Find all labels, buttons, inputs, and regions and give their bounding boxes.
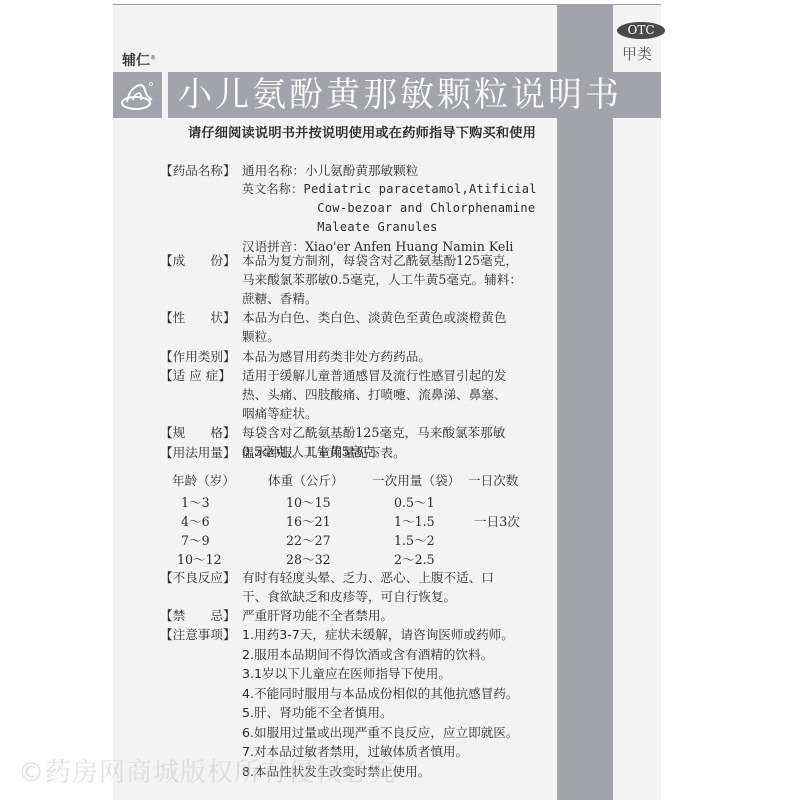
vertical-gray-band	[557, 4, 613, 800]
text-line: 蔗糖、香精。	[242, 289, 522, 308]
otc-class-label: 甲类	[622, 43, 652, 64]
section-label: 【不良反应】	[160, 568, 236, 587]
section-label: 【用法用量】	[160, 443, 236, 462]
brand-text: 辅仁	[122, 53, 150, 69]
header-age: 年龄（岁）	[172, 470, 235, 492]
text-line: 本品为感冒用药类非处方药药品。	[242, 347, 431, 366]
section-label: 【注意事项】	[160, 625, 236, 644]
generic-name: 通用名称：小儿氨酚黄那敏颗粒	[242, 161, 537, 180]
text-line: 马来酸氯苯那敏0.5毫克，人工牛黄5毫克。辅料：	[242, 270, 522, 289]
text-line: 严重肝肾功能不全者禁用。	[242, 606, 393, 625]
otc-badge: OTC	[617, 22, 665, 39]
section-label: 【性 状】	[160, 308, 236, 327]
precaution-item: 1.用药3-7天，症状未缓解，请咨询医师或药师。	[242, 625, 519, 645]
section-label: 【规 格】	[160, 423, 236, 442]
text-line: 热、头痛、四肢酸痛、打喷嚏、流鼻涕、鼻塞、	[242, 385, 506, 404]
document-title: 小儿氨酚黄那敏颗粒说明书	[178, 74, 622, 116]
cell-frequency: 一日3次	[474, 511, 520, 533]
text-line: 本品为白色、类白色、淡黄色至黄色或淡橙黄色	[242, 308, 506, 327]
section-label: 【适 应 症】	[160, 366, 231, 385]
text-line: 颗粒。	[242, 327, 506, 346]
brand-name: 辅仁®	[122, 50, 156, 70]
header-frequency: 一日次数	[468, 470, 518, 492]
text-line: 每袋含对乙酰氨基酚125毫克，马来酸氯苯那敏	[242, 423, 505, 442]
header-dose: 一次用量（袋）	[372, 470, 460, 492]
precaution-item: 5.肝、肾功能不全者慎用。	[242, 703, 519, 723]
precaution-item: 2.服用本品期间不得饮酒或含有酒精的饮料。	[242, 645, 519, 665]
precaution-item: 6.如服用过量或出现严重不良反应，应立即就医。	[242, 723, 519, 743]
copyright-watermark: ©药房网商城版权所有侵权必究	[18, 752, 396, 789]
registered-mark: ®	[150, 54, 156, 61]
text-line: 咽痛等症状。	[242, 404, 506, 423]
section-label: 【药品名称】	[160, 161, 236, 180]
english-name-1: 英文名称：Pediatric paracetamol,Atificial	[242, 180, 537, 199]
section-label: 【成 份】	[160, 251, 236, 270]
english-name-2: Cow-bezoar and Chlorphenamine	[242, 199, 537, 218]
text-line: 干、食欲缺乏和皮疹等，可自行恢复。	[242, 587, 494, 606]
text-line: 本品为复方制剂，每袋含对乙酰氨基酚125毫克，	[242, 251, 522, 270]
mother-child-logo-icon	[119, 78, 156, 112]
section-label: 【禁 忌】	[160, 606, 236, 625]
usage-notice: 请仔细阅读说明书并按说明使用或在药师指导下购买和使用	[188, 122, 536, 141]
brand-logo	[113, 72, 162, 118]
precaution-item: 3.1岁以下儿童应在医师指导下使用。	[242, 664, 519, 684]
text-line: 适用于缓解儿童普通感冒及流行性感冒引起的发	[242, 366, 506, 385]
text-line: 温水冲服。儿童用量见下表。	[242, 443, 406, 462]
text-line: 有时有轻度头晕、乏力、恶心、上腹不适、口	[242, 568, 494, 587]
precaution-item: 4.不能同时服用与本品成份相似的其他抗感冒药。	[242, 684, 519, 704]
english-name-3: Maleate Granules	[242, 218, 537, 237]
header-weight: 体重（公斤）	[268, 470, 344, 492]
section-label: 【作用类别】	[160, 347, 236, 366]
